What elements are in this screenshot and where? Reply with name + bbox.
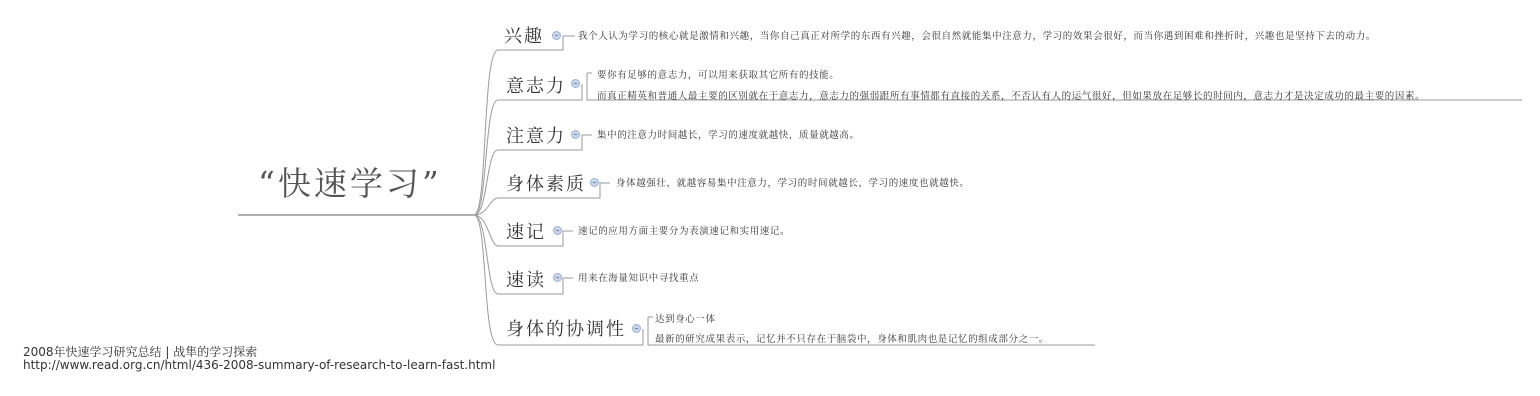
central-topic[interactable]: “快速学习” xyxy=(258,158,442,205)
collapse-toggle-icon[interactable] xyxy=(553,226,562,235)
note-body-coordination-1[interactable]: 达到身心一体 xyxy=(655,311,716,325)
collapse-toggle-icon[interactable] xyxy=(571,130,580,139)
branch-willpower[interactable]: 意志力 xyxy=(506,72,566,98)
branch-shorthand[interactable]: 速记 xyxy=(506,218,546,244)
collapse-toggle-icon[interactable] xyxy=(590,178,599,187)
branch-physical-fitness[interactable]: 身体素质 xyxy=(506,170,586,196)
note-physical-fitness[interactable]: 身体越强壮，就越容易集中注意力，学习的时间就越长，学习的速度也就越快。 xyxy=(616,175,970,189)
note-shorthand[interactable]: 速记的应用方面主要分为表演速记和实用速记。 xyxy=(578,223,790,237)
note-willpower-1[interactable]: 要你有足够的意志力，可以用来获取其它所有的技能。 xyxy=(597,67,839,81)
collapse-toggle-icon[interactable] xyxy=(632,324,641,333)
note-interest[interactable]: 我个人认为学习的核心就是激情和兴趣，当你自己真正对所学的东西有兴趣，会很自然就能… xyxy=(578,28,1376,42)
note-speed-reading[interactable]: 用来在海量知识中寻找重点 xyxy=(578,270,699,284)
note-attention[interactable]: 集中的注意力时间越长，学习的速度就越快，质量就越高。 xyxy=(597,127,860,141)
branch-attention[interactable]: 注意力 xyxy=(506,122,566,148)
branch-body-coordination[interactable]: 身体的协调性 xyxy=(506,315,626,341)
branch-interest[interactable]: 兴趣 xyxy=(504,22,544,48)
collapse-toggle-icon[interactable] xyxy=(571,79,580,88)
branch-speed-reading[interactable]: 速读 xyxy=(506,266,546,292)
collapse-toggle-icon[interactable] xyxy=(553,273,562,282)
footer-url[interactable]: http://www.read.org.cn/html/436-2008-sum… xyxy=(23,358,495,372)
collapse-toggle-icon[interactable] xyxy=(552,31,561,40)
mindmap-canvas: “快速学习” 兴趣 我个人认为学习的核心就是激情和兴趣，当你自己真正对所学的东西… xyxy=(0,0,1540,396)
note-body-coordination-2[interactable]: 最新的研究成果表示，记忆并不只存在于脑袋中，身体和肌肉也是记忆的组成部分之一。 xyxy=(655,331,1049,345)
note-willpower-2[interactable]: 而真正精英和普通人最主要的区别就在于意志力，意志力的强弱跟所有事情都有直接的关系… xyxy=(597,88,1425,102)
